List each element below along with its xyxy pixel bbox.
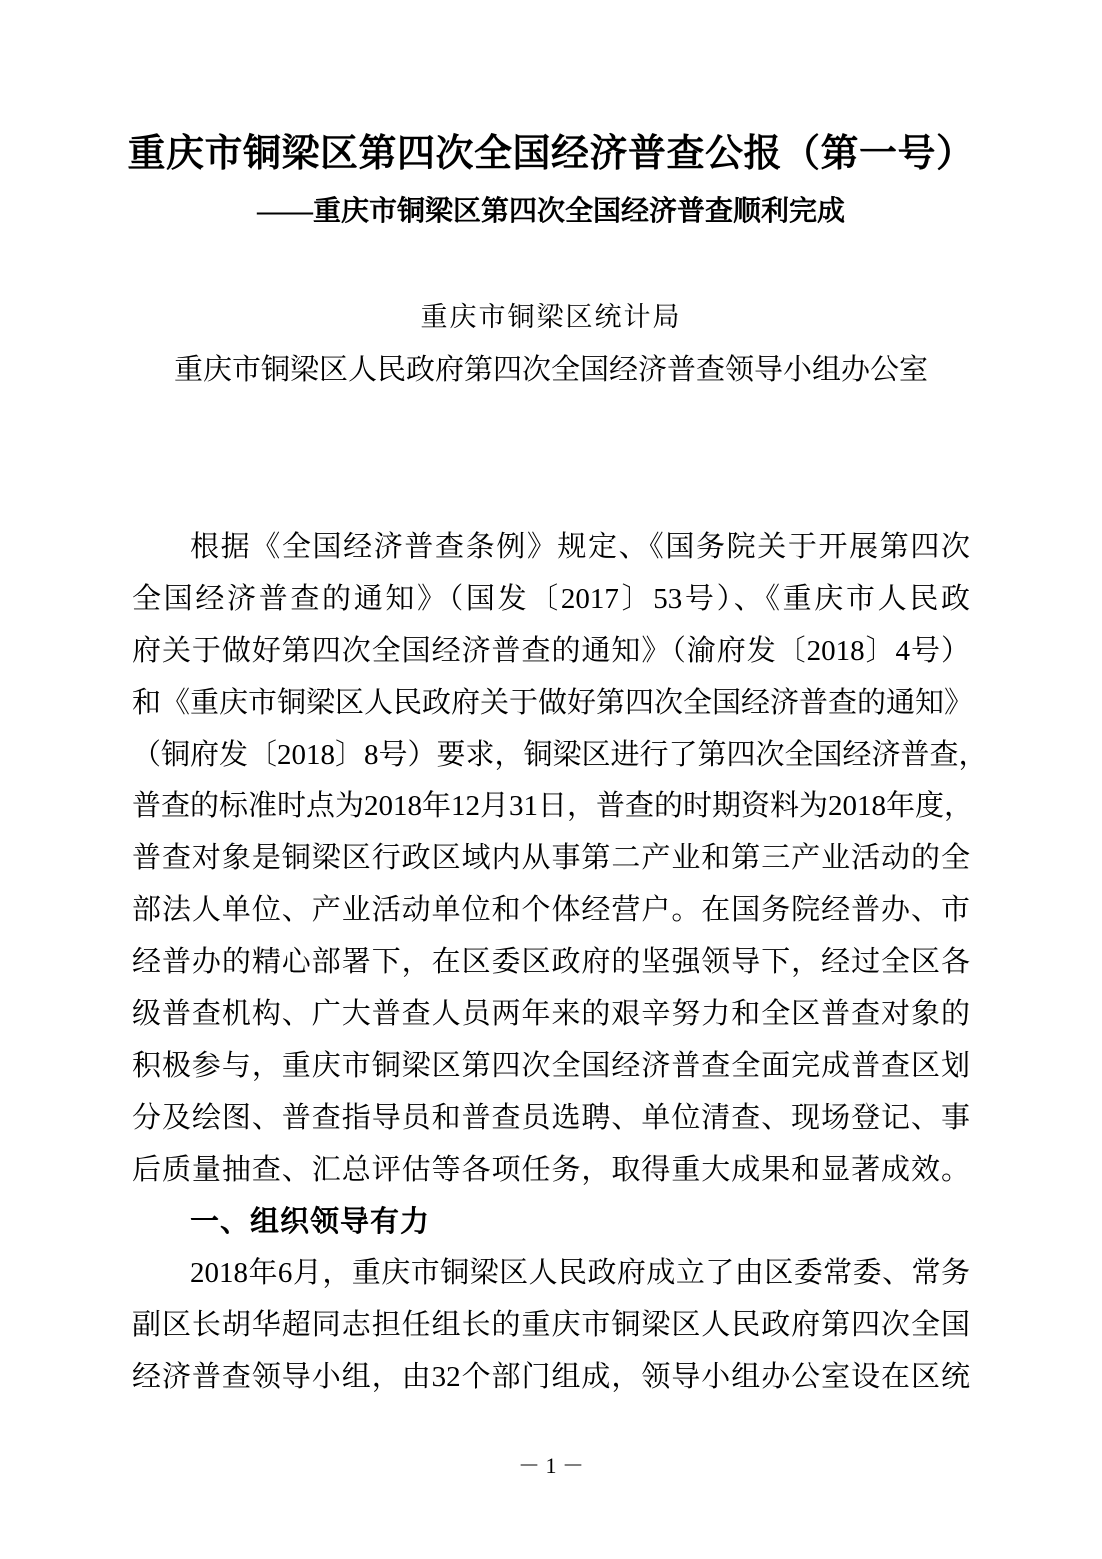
body-line: 分及绘图、普查指导员和普查员选聘、单位清查、现场登记、事: [132, 1093, 970, 1145]
body-line: 后质量抽查、汇总评估等各项任务，取得重大成果和显著成效。: [132, 1145, 970, 1197]
body-line: 经普办的精心部署下，在区委区政府的坚强领导下，经过全区各: [132, 937, 970, 989]
author-line-census-leading-group-office: 重庆市铜梁区人民政府第四次全国经济普查领导小组办公室: [0, 352, 1102, 388]
author-line-statistics-bureau: 重庆市铜梁区统计局: [0, 300, 1102, 334]
document-body: 根据《全国经济普查条例》规定、《国务院关于开展第四次 全国经济普查的通知》（国发…: [132, 522, 970, 1404]
body-line: 全国经济普查的通知》（国发〔2017〕53号）、《重庆市人民政: [132, 574, 970, 626]
body-line: 普查对象是铜梁区行政区域内从事第二产业和第三产业活动的全: [132, 833, 970, 885]
document-subtitle: ——重庆市铜梁区第四次全国经济普查顺利完成: [0, 194, 1102, 230]
body-line: 和《重庆市铜梁区人民政府关于做好第四次全国经济普查的通知》: [132, 678, 970, 730]
body-line: 经济普查领导小组，由32个部门组成，领导小组办公室设在区统: [132, 1352, 970, 1404]
body-line: 普查的标准时点为2018年12月31日，普查的时期资料为2018年度，: [132, 781, 970, 833]
body-line: （铜府发〔2018〕8号）要求，铜梁区进行了第四次全国经济普查，: [132, 730, 970, 782]
section-heading-1: 一、组织领导有力: [132, 1197, 970, 1249]
page-number: － 1 －: [0, 1452, 1102, 1480]
body-line: 级普查机构、广大普查人员两年来的艰辛努力和全区普查对象的: [132, 989, 970, 1041]
document-page: 重庆市铜梁区第四次全国经济普查公报（第一号） ——重庆市铜梁区第四次全国经济普查…: [0, 0, 1102, 1559]
body-line: 积极参与，重庆市铜梁区第四次全国经济普查全面完成普查区划: [132, 1041, 970, 1093]
body-line: 2018年6月，重庆市铜梁区人民政府成立了由区委常委、常务: [132, 1248, 970, 1300]
document-title: 重庆市铜梁区第四次全国经济普查公报（第一号）: [0, 130, 1102, 178]
body-line: 副区长胡华超同志担任组长的重庆市铜梁区人民政府第四次全国: [132, 1300, 970, 1352]
body-line: 府关于做好第四次全国经济普查的通知》（渝府发〔2018〕4号）: [132, 626, 970, 678]
body-line: 根据《全国经济普查条例》规定、《国务院关于开展第四次: [132, 522, 970, 574]
body-line: 部法人单位、产业活动单位和个体经营户。在国务院经普办、市: [132, 885, 970, 937]
